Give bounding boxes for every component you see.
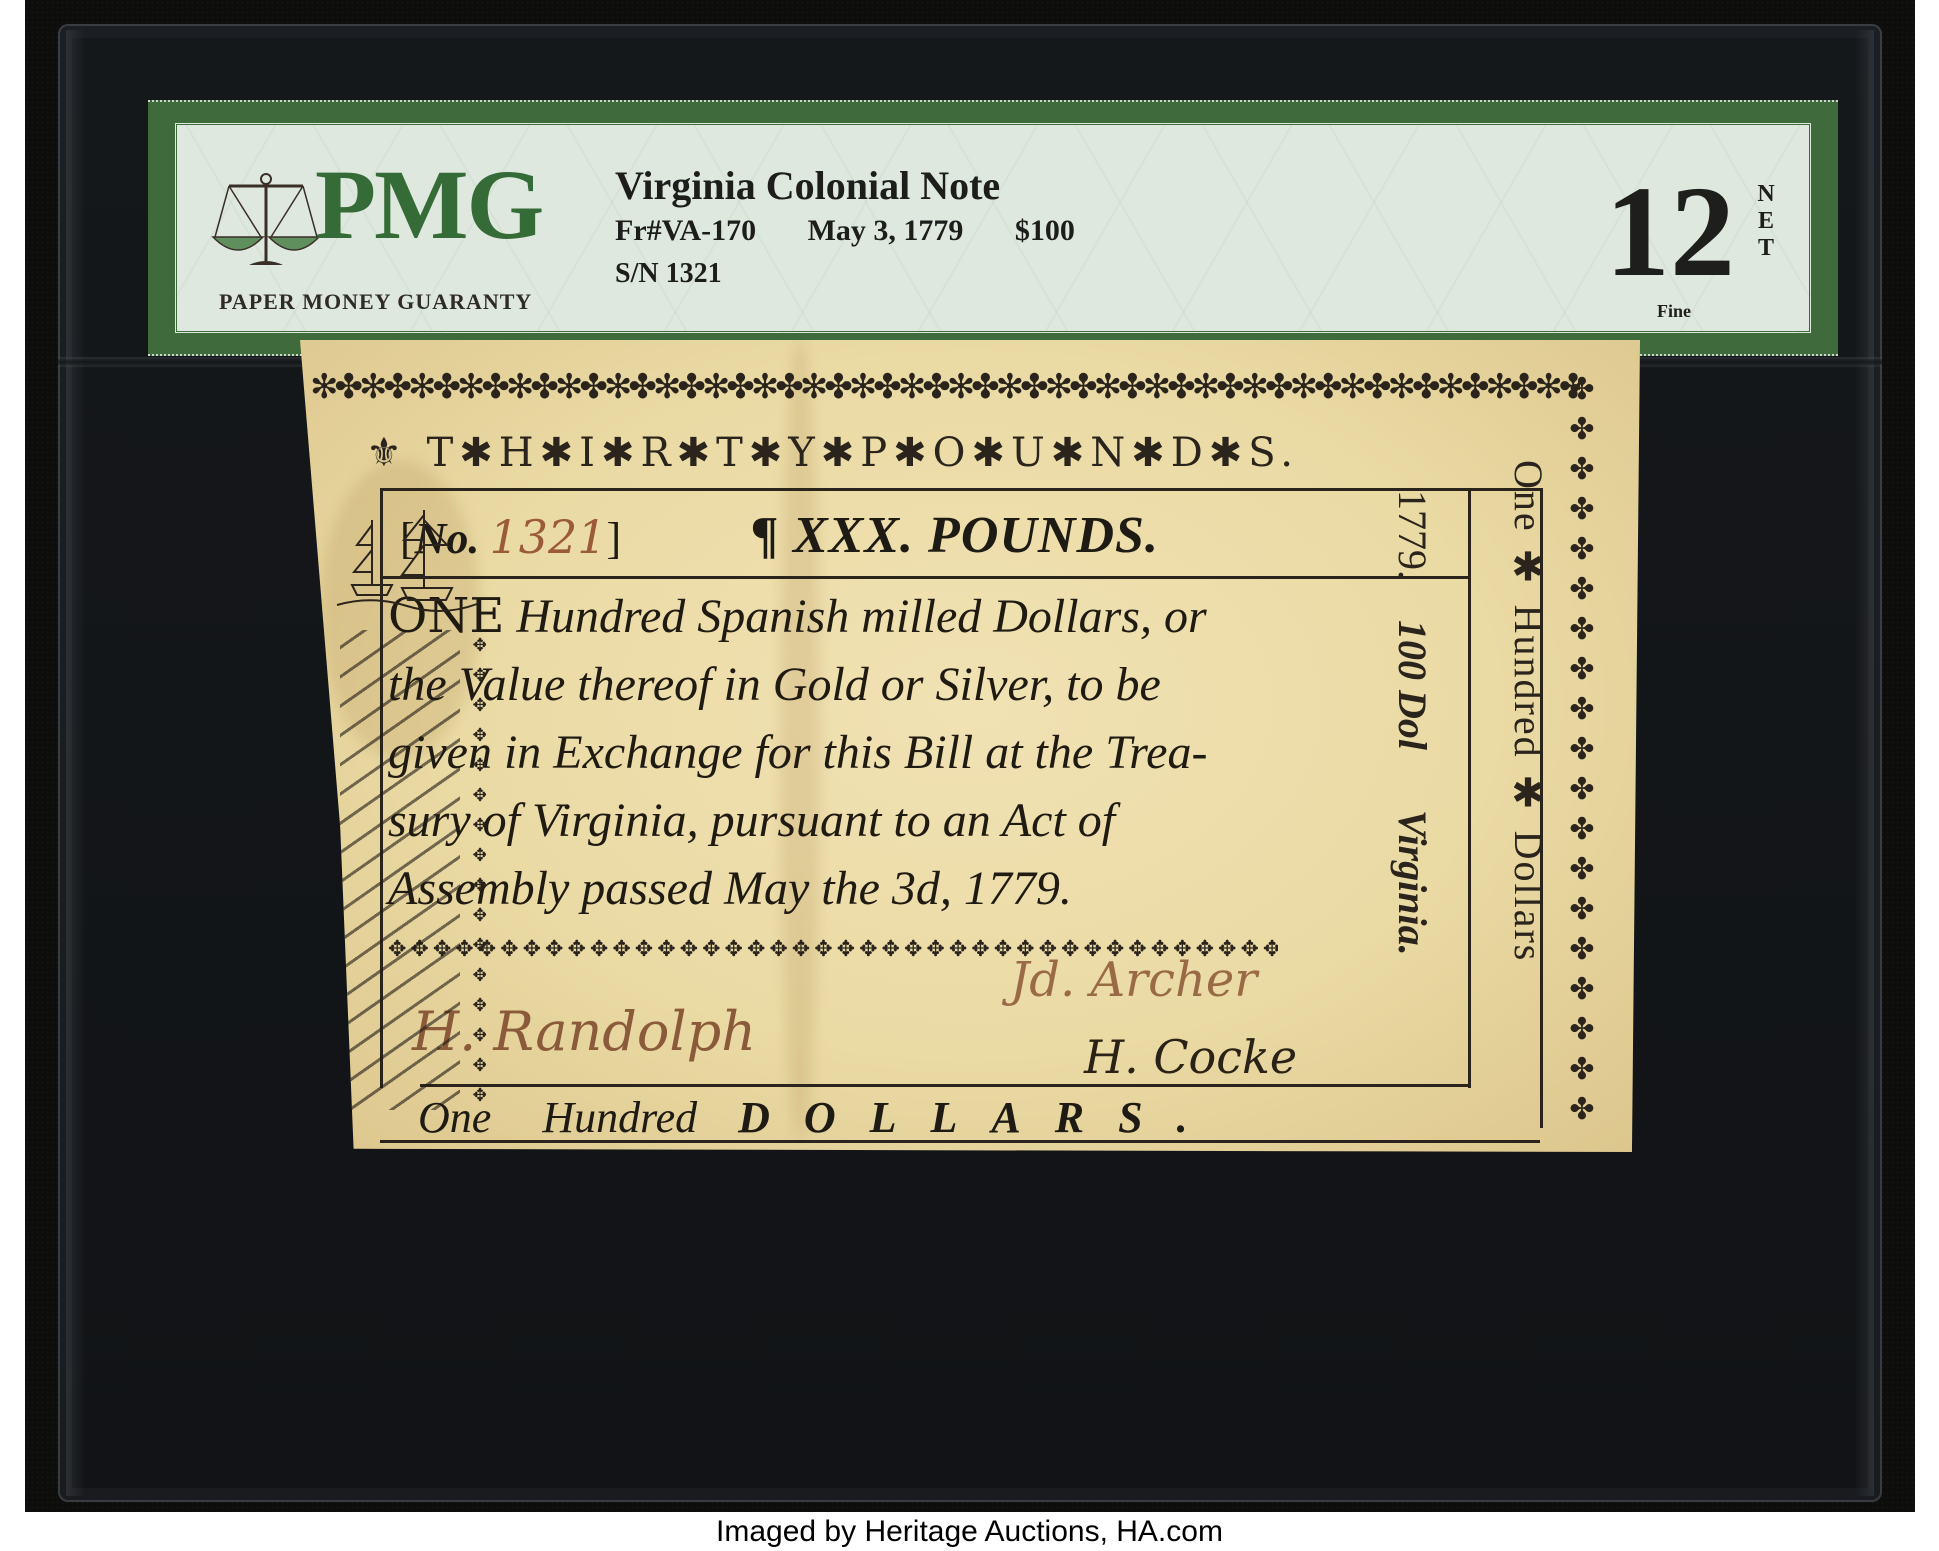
handwritten-serial: 1321 [489,510,606,564]
vertical-state: Virginia. [1392,810,1432,956]
banknote: ✻✤✻✤✻✤✻✤✻✤✻✤✻✤✻✤✻✤✻✤✻✤✻✤✻✤✻✤✻✤✻✤✻✤✻✤✻✤✻✤… [300,340,1640,1152]
vertical-date-value: 1779. 100 Dol Virginia. [1392,490,1432,956]
top-ornament-border: ✻✤✻✤✻✤✻✤✻✤✻✤✻✤✻✤✻✤✻✤✻✤✻✤✻✤✻✤✻✤✻✤✻✤✻✤✻✤✻✤… [310,362,1580,412]
denomination: $100 [1015,214,1075,247]
image-credit: Imaged by Heritage Auctions, HA.com [0,1512,1939,1551]
promise-line: given in Exchange for this Bill at the T… [388,719,1268,787]
catalog-number: Fr#VA-170 [615,214,756,247]
signature-cocke: H. Cocke [1084,1030,1297,1084]
issue-date: May 3, 1779 [808,214,964,247]
grade-number: 12 [1605,167,1735,297]
grader-name: PAPER MONEY GUARANTY [219,289,532,315]
note-title: Virginia Colonial Note [615,163,1119,209]
vertical-right-text: One ✱ Hundred ✱ Dollars [1505,460,1552,962]
pounds-header: ¶ XXX. POUNDS. [752,506,1159,565]
grading-label-panel: PMG PAPER MONEY GUARANTY Virginia Coloni… [174,122,1812,334]
header-rule [380,576,1468,579]
spelled-denomination-text: T✱H✱I✱R✱T✱Y✱P✱O✱U✱N✱D✱S. [427,430,1299,476]
promise-line: Assembly passed May the 3d, 1779. [388,855,1268,923]
spelled-denomination: ⚜ T✱H✱I✱R✱T✱Y✱P✱O✱U✱N✱D✱S. [366,430,1566,476]
note-meta: Fr#VA-170 May 3, 1779 $100 [615,209,1119,253]
promise-line: the Value thereof in Gold or Silver, to … [388,651,1268,719]
holder-edge-right [1856,30,1874,1496]
scales-of-justice-icon [211,171,321,271]
grading-label: PMG PAPER MONEY GUARANTY Virginia Coloni… [148,100,1838,356]
vertical-date: 1779. [1390,490,1435,580]
bottom-denomination: One Hundred DOLLARS. [418,1092,1222,1143]
left-dot-column: ✥✥✥✥✥✥✥✥✥✥✥✥✥✥✥✥ [470,630,486,1110]
grade-word: Fine [1657,301,1691,322]
grade-qualifier-letter: N [1753,181,1779,208]
scroll-pattern [340,630,460,1110]
frame-top-rule [380,488,1540,491]
vertical-value: 100 Dol [1392,620,1432,750]
right-ornament-border: ✤✤✤✤✤✤✤✤✤✤✤✤✤✤✤✤✤✤✤ [1562,370,1602,1130]
promise-text: ONE Hundred Spanish milled Dollars, or t… [388,582,1268,923]
bottom-dollars: DOLLARS. [738,1093,1221,1142]
promise-line-text: Hundred Spanish milled Dollars, or [516,590,1206,643]
grade-qualifier-letter: E [1753,208,1779,235]
promise-line: sury of Virginia, pursuant to an Act of [388,787,1268,855]
promise-line: ONE Hundred Spanish milled Dollars, or [388,582,1268,651]
bottom-hundred: Hundred [542,1093,697,1142]
grade-qualifier: N E T [1753,181,1779,262]
serial-number: S/N 1321 [615,253,1119,295]
sailing-ships-icon [332,490,482,620]
pmg-logo: PMG PAPER MONEY GUARANTY [211,163,591,333]
grade-qualifier-letter: T [1753,235,1779,262]
note-description: Virginia Colonial Note Fr#VA-170 May 3, … [615,163,1119,295]
left-vignette-panel: ✥✥✥✥✥✥✥✥✥✥✥✥✥✥✥✥ [326,480,486,1120]
frame-inner-right-rule [1468,488,1471,1088]
holder-edge-left [66,30,84,1496]
pmg-wordmark: PMG [315,155,542,255]
signature-rule [420,1084,1468,1087]
signature-archer: Jd. Archer [1010,952,1257,1008]
